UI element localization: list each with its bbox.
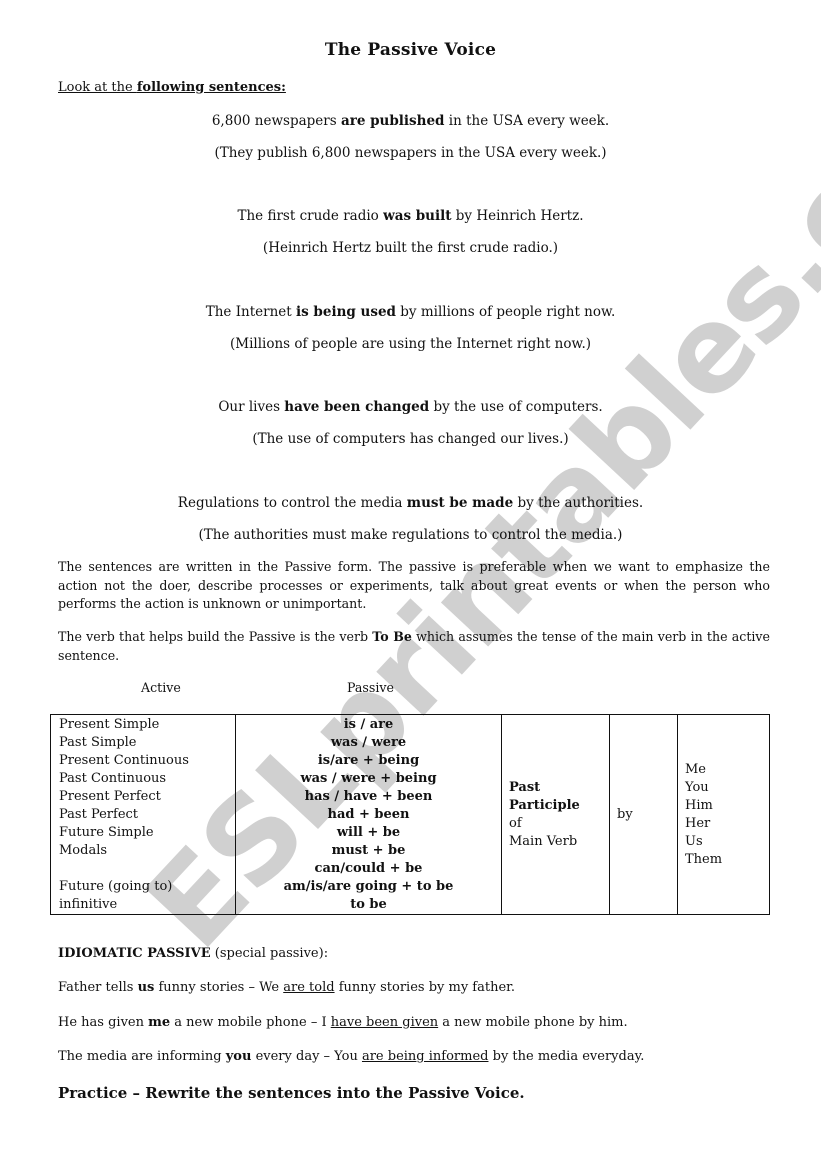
- passive-formation-table: Present SimplePast SimplePresent Continu…: [50, 714, 770, 915]
- worksheet-page: ESLprintables.com The Passive Voice Look…: [0, 0, 821, 1169]
- verb-note-paragraph: The verb that helps build the Passive is…: [58, 628, 770, 665]
- by-cell: by: [610, 715, 678, 915]
- active-tense: Present Perfect: [59, 788, 235, 806]
- subheading-text: Look at the: [58, 80, 137, 95]
- example-active-1: (They publish 6,800 newspapers in the US…: [0, 145, 821, 161]
- passive-form: has / have + been: [236, 788, 501, 806]
- idiomatic-example-2: He has given me a new mobile phone – I h…: [58, 1015, 628, 1030]
- object-pronoun: Me: [685, 761, 769, 779]
- column-header-passive: Passive: [347, 680, 394, 695]
- section-subheading: Look at the following sentences:: [58, 80, 286, 95]
- active-tense: Present Simple: [59, 716, 235, 734]
- active-tense: Past Perfect: [59, 806, 235, 824]
- example-passive-4: Our lives have been changed by the use o…: [0, 399, 821, 415]
- page-title: The Passive Voice: [0, 40, 821, 60]
- practice-heading: Practice – Rewrite the sentences into th…: [58, 1084, 525, 1102]
- active-tense: Past Simple: [59, 734, 235, 752]
- example-active-3: (Millions of people are using the Intern…: [0, 336, 821, 352]
- object-pronoun: Him: [685, 797, 769, 815]
- passive-form: was / were + being: [236, 770, 501, 788]
- object-pronoun-column: MeYouHimHerUsThem: [678, 715, 770, 915]
- object-pronoun: Her: [685, 815, 769, 833]
- passive-form: is / are: [236, 716, 501, 734]
- object-pronoun: Them: [685, 851, 769, 869]
- passive-form: is/are + being: [236, 752, 501, 770]
- past-participle-cell: Past Participle of Main Verb: [502, 715, 610, 915]
- passive-form: can/could + be: [236, 860, 501, 878]
- object-pronoun: You: [685, 779, 769, 797]
- explanation-paragraph: The sentences are written in the Passive…: [58, 558, 770, 614]
- example-passive-2: The first crude radio was built by Heinr…: [0, 208, 821, 224]
- idiomatic-heading: IDIOMATIC PASSIVE (special passive):: [58, 946, 328, 961]
- example-active-4: (The use of computers has changed our li…: [0, 431, 821, 447]
- object-pronoun: Us: [685, 833, 769, 851]
- example-passive-3: The Internet is being used by millions o…: [0, 304, 821, 320]
- active-tense-column: Present SimplePast SimplePresent Continu…: [51, 715, 236, 915]
- passive-form: am/is/are going + to be: [236, 878, 501, 896]
- passive-form: had + been: [236, 806, 501, 824]
- active-tense: [59, 860, 235, 878]
- passive-form: was / were: [236, 734, 501, 752]
- passive-form-column: is / arewas / wereis/are + beingwas / we…: [236, 715, 502, 915]
- idiomatic-example-3: The media are informing you every day – …: [58, 1049, 644, 1064]
- active-tense: Future (going to): [59, 878, 235, 896]
- idiomatic-example-1: Father tells us funny stories – We are t…: [58, 980, 515, 995]
- example-active-2: (Heinrich Hertz built the first crude ra…: [0, 240, 821, 256]
- column-header-active: Active: [141, 680, 181, 695]
- active-tense: Modals: [59, 842, 235, 860]
- subheading-bold: following sentences:: [137, 80, 286, 95]
- active-tense: Past Continuous: [59, 770, 235, 788]
- example-active-5: (The authorities must make regulations t…: [0, 527, 821, 543]
- active-tense: Future Simple: [59, 824, 235, 842]
- example-passive-1: 6,800 newspapers are published in the US…: [0, 113, 821, 129]
- passive-form: will + be: [236, 824, 501, 842]
- active-tense: Present Continuous: [59, 752, 235, 770]
- passive-form: must + be: [236, 842, 501, 860]
- active-tense: infinitive: [59, 896, 235, 914]
- passive-form: to be: [236, 896, 501, 914]
- example-passive-5: Regulations to control the media must be…: [0, 495, 821, 511]
